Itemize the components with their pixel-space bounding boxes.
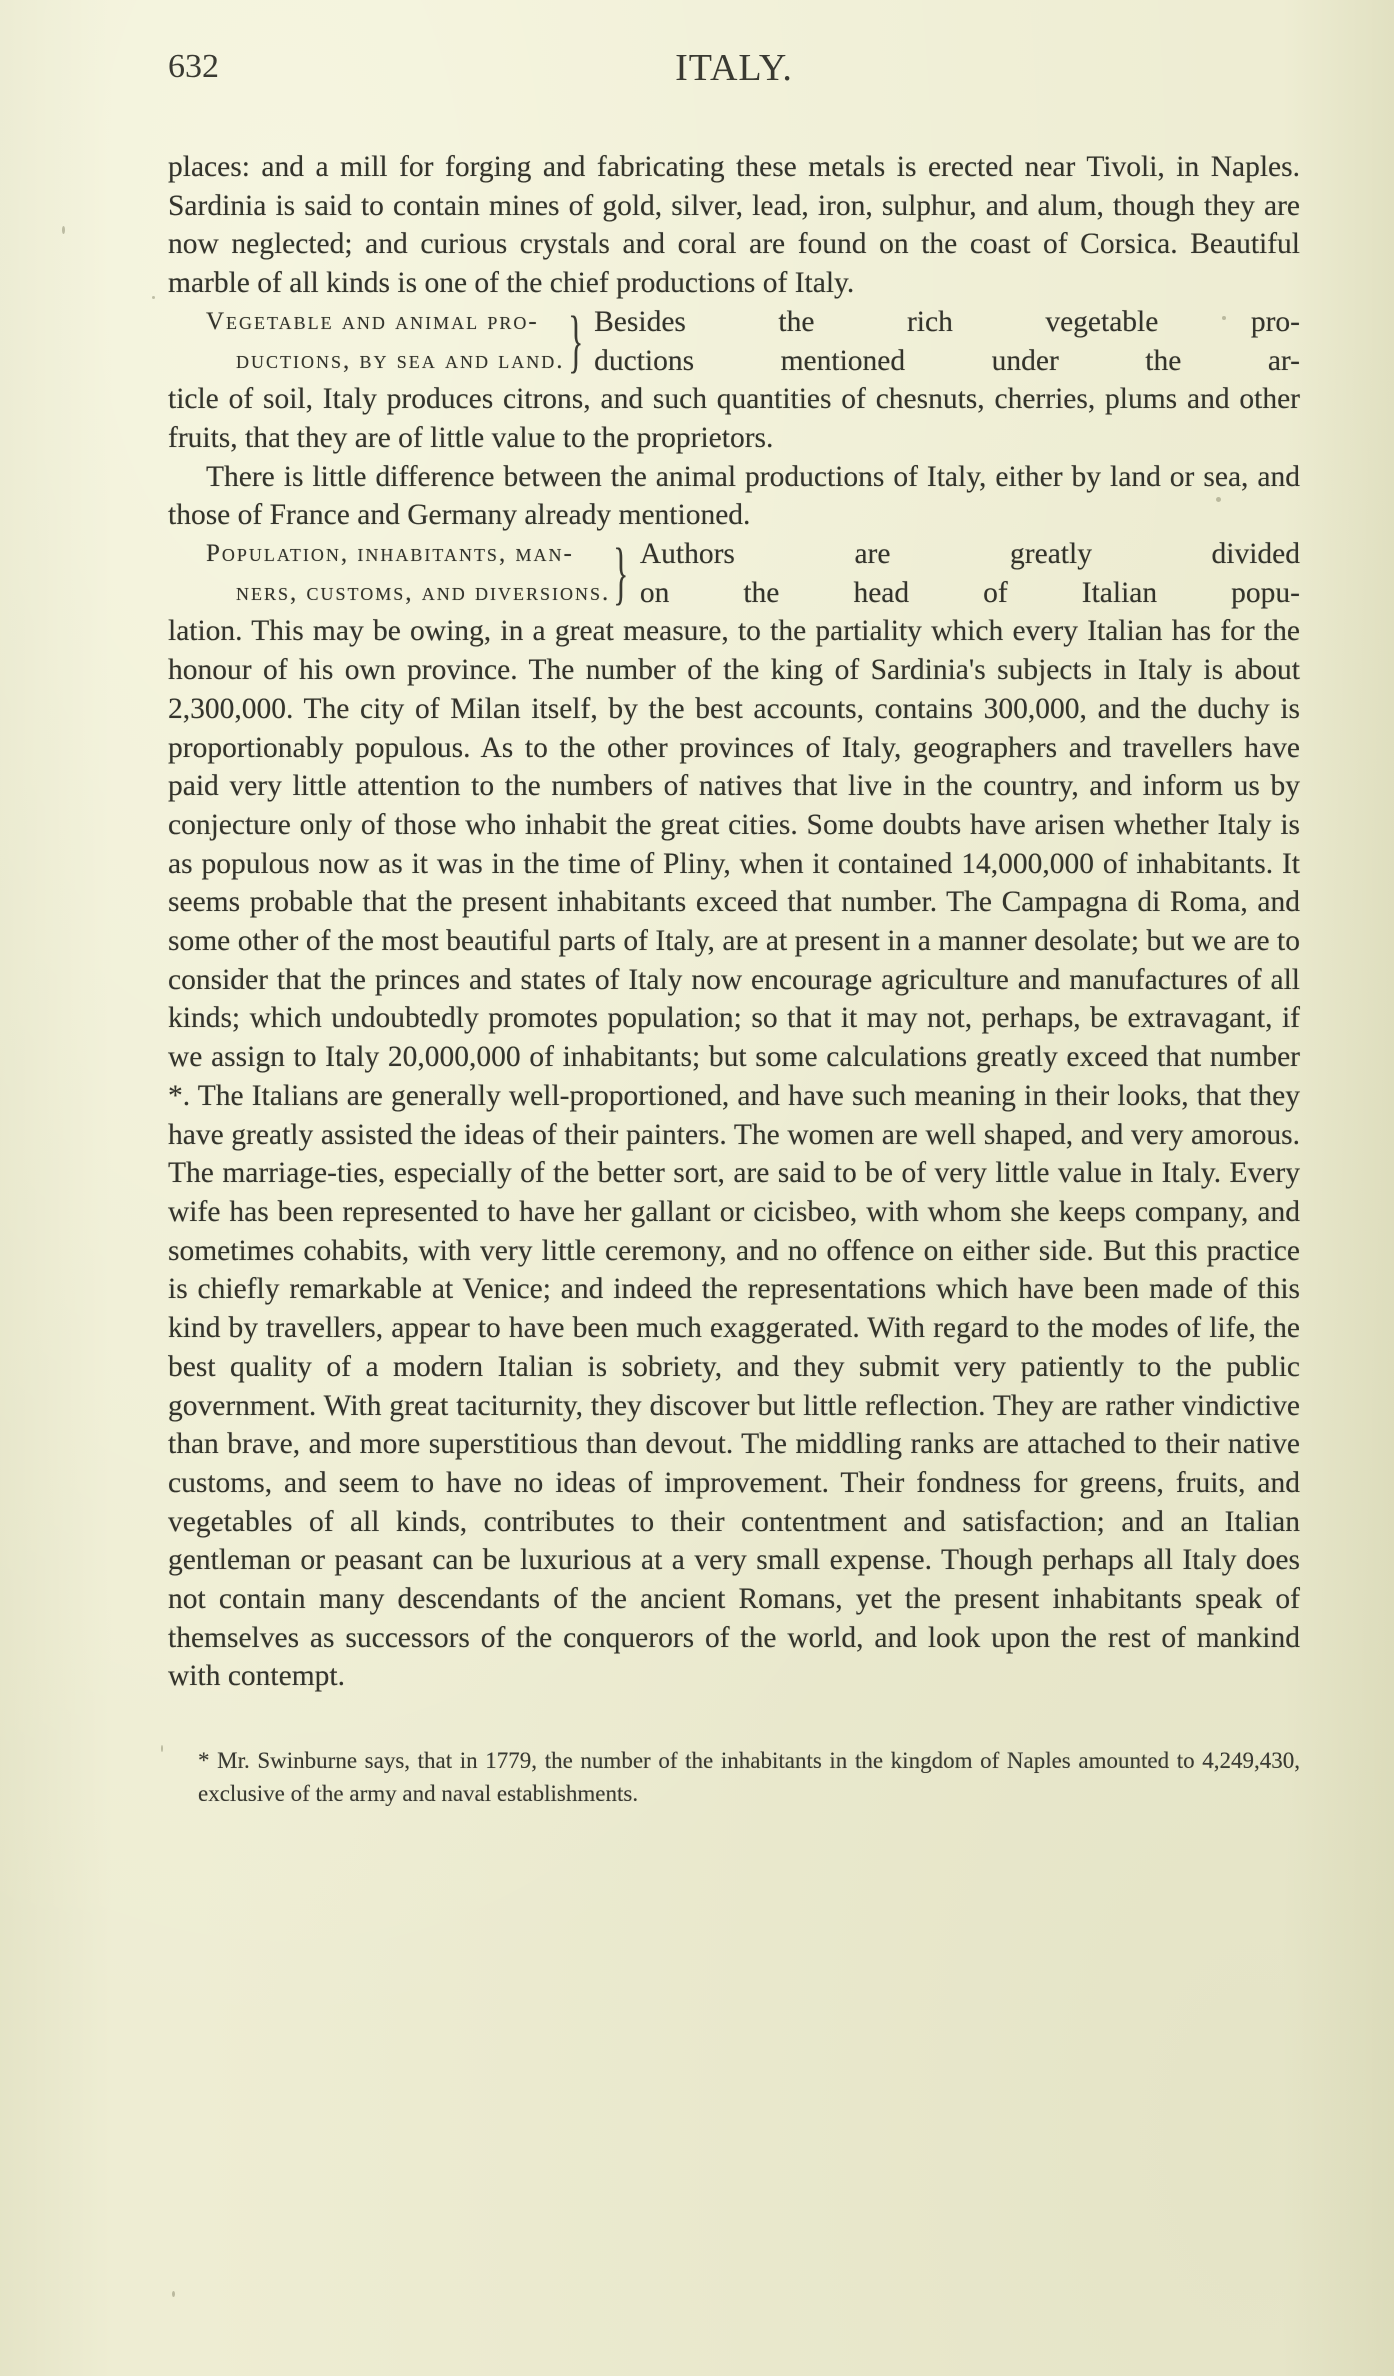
body-text: places: and a mill for forging and fabri…: [168, 148, 1300, 1696]
footnote-marker: *: [198, 1748, 210, 1773]
section-lead: Besides the rich vegetable pro- ductions…: [594, 303, 1300, 380]
section-heading-population: Population, inhabitants, man- ners, cust…: [168, 535, 1300, 612]
section-continuation: lation. This may be owing, in a great me…: [168, 612, 1300, 1696]
book-page: 632 ITALY. places: and a mill for forgin…: [168, 40, 1300, 1810]
footnote: * Mr. Swinburne says, that in 1779, the …: [168, 1744, 1300, 1810]
paper-speck: [1222, 316, 1226, 320]
side-heading-line-2: ductions, by sea and land.: [206, 342, 565, 381]
brace-icon: }: [613, 539, 628, 609]
lead-line-2: on the head of Italian popu-: [640, 574, 1300, 613]
paper-speck: [1216, 497, 1221, 502]
lead-line-1: Besides the rich vegetable pro-: [594, 303, 1300, 342]
side-heading-line-1: Population, inhabitants, man-: [206, 540, 574, 567]
side-heading-line-1: Vegetable and animal pro-: [206, 308, 539, 335]
lead-line-1: Authors are greatly divided: [640, 535, 1300, 574]
section-heading-vegetable-animal: Vegetable and animal pro- ductions, by s…: [168, 303, 1300, 380]
section-lead: Authors are greatly divided on the head …: [640, 535, 1300, 612]
side-heading-label: Vegetable and animal pro- ductions, by s…: [168, 303, 565, 380]
footnote-text: Mr. Swinburne says, that in 1779, the nu…: [198, 1748, 1300, 1806]
paper-speck: [152, 296, 155, 299]
opening-paragraph: places: and a mill for forging and fabri…: [168, 148, 1300, 303]
lead-line-2: ductions mentioned under the ar-: [594, 342, 1300, 381]
running-title: ITALY.: [168, 46, 1300, 90]
paper-speck: [62, 226, 65, 234]
paper-speck: [161, 1745, 163, 1752]
paragraph: There is little difference between the a…: [168, 458, 1300, 535]
paper-speck: [170, 1628, 172, 1635]
section-continuation: ticle of soil, Italy produces citrons, a…: [168, 380, 1300, 457]
paper-speck: [172, 2291, 175, 2297]
brace-icon: }: [568, 307, 583, 377]
side-heading-line-2: ners, customs, and diversions.: [206, 574, 610, 613]
running-head: 632 ITALY.: [168, 40, 1300, 100]
side-heading-label: Population, inhabitants, man- ners, cust…: [168, 535, 610, 612]
